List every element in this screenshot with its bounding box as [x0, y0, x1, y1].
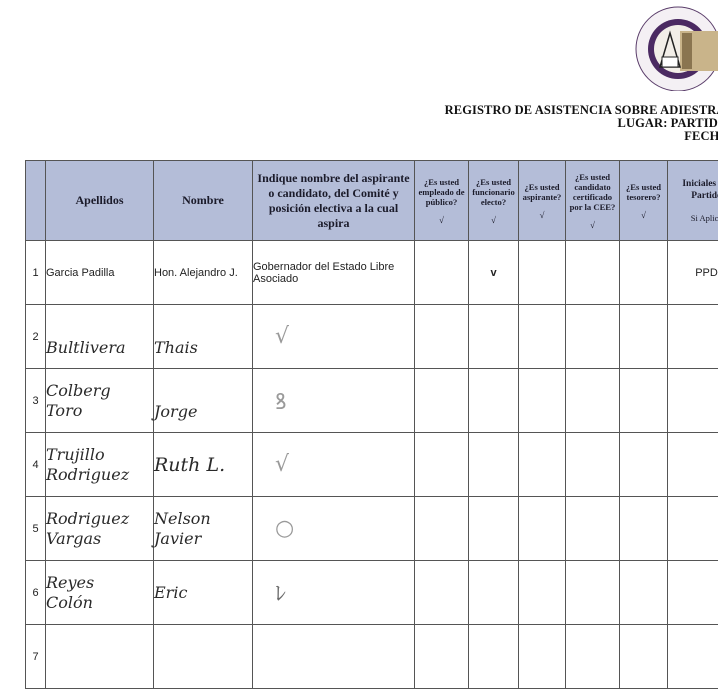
row-number: 3	[26, 369, 46, 433]
signature-mark: ﾚ	[253, 582, 286, 607]
handwritten-nombre: Thais	[154, 316, 252, 358]
handwritten-apellidos: Rodriguez Vargas	[46, 509, 136, 549]
header-iniciales: Iniciales del PartidoSi Aplica	[668, 161, 718, 241]
header-nombre: Nombre	[154, 161, 253, 241]
cell-apellidos: Trujillo Rodriguez	[46, 433, 154, 497]
header-funcionario: ¿Es usted funcionario electo?√	[469, 161, 519, 241]
cell-certificado	[566, 561, 620, 625]
cell-apellidos	[46, 625, 154, 689]
cell-aspirante	[519, 305, 566, 369]
cell-tesorero	[620, 625, 668, 689]
cell-aspirante	[519, 241, 566, 305]
cell-certificado	[566, 241, 620, 305]
cell-nombre: Nelson Javier	[154, 497, 253, 561]
cell-iniciales	[668, 561, 718, 625]
cell-tesorero	[620, 305, 668, 369]
header-aspirante: ¿Es usted aspirante?√	[519, 161, 566, 241]
cell-apellidos: Rodriguez Vargas	[46, 497, 154, 561]
cell-indique	[253, 625, 415, 689]
cell-indique: Gobernador del Estado Libre Asociado	[253, 241, 415, 305]
row-number: 2	[26, 305, 46, 369]
row-number: 7	[26, 625, 46, 689]
attendance-table: Apellidos Nombre Indique nombre del aspi…	[25, 160, 718, 689]
cell-funcionario	[469, 305, 519, 369]
row-number: 5	[26, 497, 46, 561]
handwritten-apellidos: Bultlivera	[46, 316, 153, 358]
cell-tesorero	[620, 241, 668, 305]
handwritten-nombre: Jorge	[154, 380, 252, 422]
cell-indique: √	[253, 305, 415, 369]
cell-aspirante	[519, 497, 566, 561]
cell-aspirante	[519, 369, 566, 433]
handwritten-nombre: Nelson Javier	[154, 509, 224, 549]
cell-nombre: Eric	[154, 561, 253, 625]
handwritten-apellidos: Colberg Toro	[46, 381, 116, 421]
cell-iniciales: PPD	[668, 241, 718, 305]
cell-aspirante	[519, 433, 566, 497]
table-row: 5 Rodriguez Vargas Nelson Javier ○	[26, 497, 718, 561]
document-header: REGISTRO DE ASISTENCIA SOBRE ADIESTRAMIE…	[445, 104, 718, 143]
cell-iniciales	[668, 433, 718, 497]
cell-iniciales	[668, 305, 718, 369]
header-apellidos: Apellidos	[46, 161, 154, 241]
date-line: FECHA 8 de octubre	[465, 130, 718, 143]
header-indique: Indique nombre del aspirante o candidato…	[253, 161, 415, 241]
cell-aspirante	[519, 561, 566, 625]
location-line: LUGAR: PARTIDO POPULAR	[459, 117, 718, 130]
cell-funcionario	[469, 497, 519, 561]
check-mark-icon: √	[620, 210, 667, 220]
cell-empleado	[415, 497, 469, 561]
handwritten-nombre: Eric	[154, 583, 252, 603]
cell-apellidos: Garcia Padilla	[46, 241, 154, 305]
cell-aspirante	[519, 625, 566, 689]
check-mark-icon: √	[469, 215, 518, 225]
cell-nombre: Ruth L.	[154, 433, 253, 497]
header-certificado: ¿Es usted candidato certificado por la C…	[566, 161, 620, 241]
cell-iniciales	[668, 369, 718, 433]
signature-mark: ꝸ	[253, 390, 287, 415]
row-number: 6	[26, 561, 46, 625]
cell-funcionario	[469, 369, 519, 433]
table-row: 4 Trujillo Rodriguez Ruth L. √	[26, 433, 718, 497]
cell-funcionario	[469, 561, 519, 625]
cell-empleado	[415, 433, 469, 497]
cell-nombre: Jorge	[154, 369, 253, 433]
table-row: 6 Reyes Colón Eric ﾚ	[26, 561, 718, 625]
check-mark-icon: √	[415, 215, 468, 225]
cell-apellidos: Colberg Toro	[46, 369, 154, 433]
header-tesorero: ¿Es usted tesorero?√	[620, 161, 668, 241]
signature-mark: √	[253, 324, 289, 349]
cell-nombre: Hon. Alejandro J.	[154, 241, 253, 305]
cell-nombre: Thais	[154, 305, 253, 369]
row-number: 4	[26, 433, 46, 497]
table-row: 1 Garcia Padilla Hon. Alejandro J. Gober…	[26, 241, 718, 305]
cell-nombre	[154, 625, 253, 689]
contralor-electoral-logo	[630, 3, 718, 91]
cell-empleado	[415, 305, 469, 369]
cell-tesorero	[620, 369, 668, 433]
check-mark-icon: √	[566, 220, 619, 230]
cell-iniciales	[668, 625, 718, 689]
cell-indique: ꝸ	[253, 369, 415, 433]
cell-empleado	[415, 561, 469, 625]
cell-indique: √	[253, 433, 415, 497]
cell-indique: ﾚ	[253, 561, 415, 625]
cell-apellidos: Bultlivera	[46, 305, 154, 369]
signature-mark: ○	[253, 516, 294, 541]
table-row: 3 Colberg Toro Jorge ꝸ	[26, 369, 718, 433]
table-row: 2 Bultlivera Thais √	[26, 305, 718, 369]
cell-certificado	[566, 305, 620, 369]
cell-tesorero	[620, 433, 668, 497]
cell-funcionario	[469, 625, 519, 689]
cell-empleado	[415, 241, 469, 305]
handwritten-nombre: Ruth L.	[154, 455, 252, 475]
signature-mark: √	[253, 452, 289, 477]
cell-indique: ○	[253, 497, 415, 561]
header-num	[26, 161, 46, 241]
cell-funcionario	[469, 433, 519, 497]
cell-funcionario: v	[469, 241, 519, 305]
cell-apellidos: Reyes Colón	[46, 561, 154, 625]
cell-certificado	[566, 497, 620, 561]
table-header-row: Apellidos Nombre Indique nombre del aspi…	[26, 161, 718, 241]
handwritten-apellidos: Trujillo Rodriguez	[46, 445, 136, 485]
row-number: 1	[26, 241, 46, 305]
handwritten-apellidos: Reyes Colón	[46, 573, 116, 613]
table-row: 7	[26, 625, 718, 689]
cell-tesorero	[620, 561, 668, 625]
cell-tesorero	[620, 497, 668, 561]
check-mark-icon: √	[519, 210, 565, 220]
cell-empleado	[415, 369, 469, 433]
cell-certificado	[566, 625, 620, 689]
cell-empleado	[415, 625, 469, 689]
header-empleado: ¿Es usted empleado de público?√	[415, 161, 469, 241]
cell-iniciales	[668, 497, 718, 561]
cell-certificado	[566, 369, 620, 433]
cell-certificado	[566, 433, 620, 497]
